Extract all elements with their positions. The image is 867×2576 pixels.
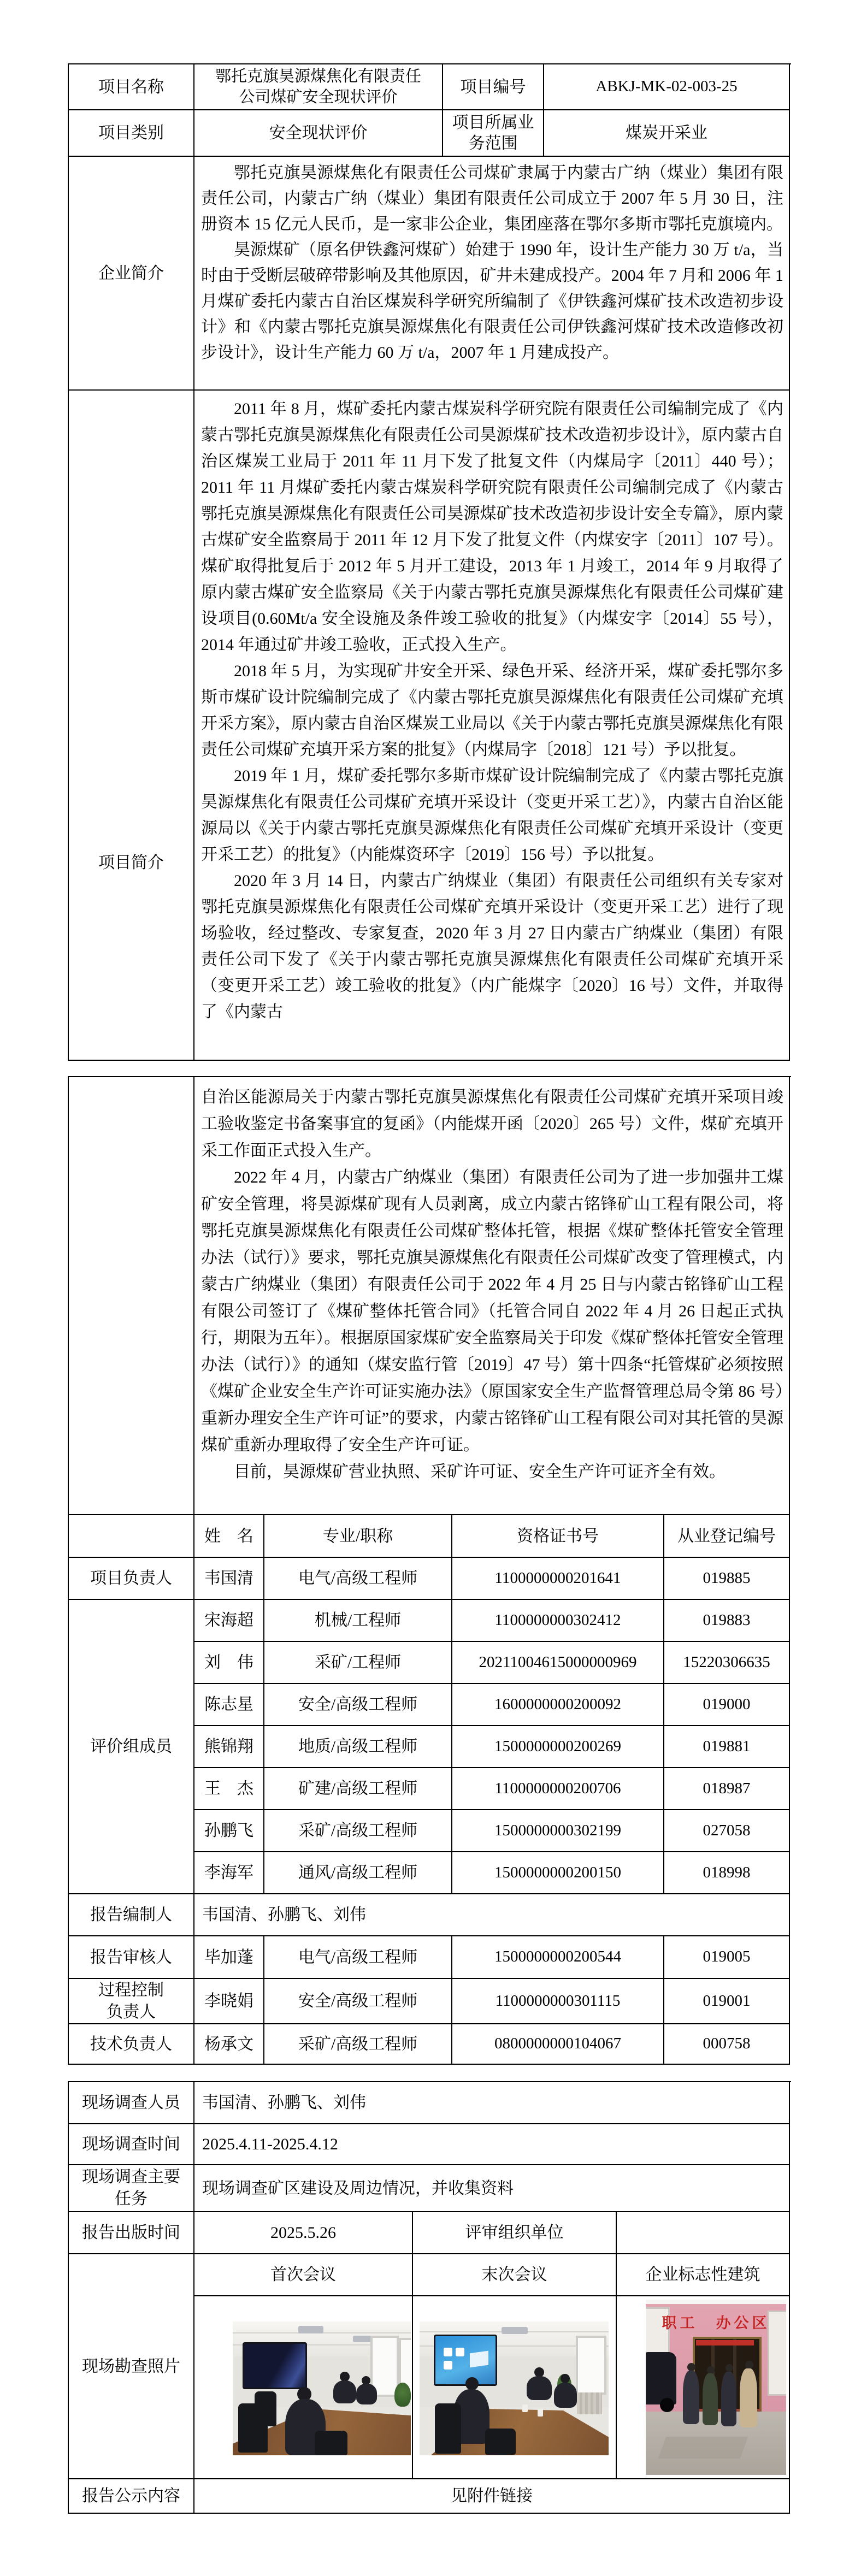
table-row: 企业简介 鄂托克旗昊源煤焦化有限责任公司煤矿隶属于内蒙古广纳（煤业）集团有限责任…	[69, 157, 791, 391]
slide-page	[470, 2351, 488, 2368]
person-silhouette	[333, 2380, 356, 2403]
person-title: 采矿/高级工程师	[264, 1810, 452, 1852]
project-category-value: 安全现状评价	[194, 110, 443, 157]
project-info-table-page1: 项目名称 鄂托克旗昊源煤焦化有限责任公司煤矿安全现状评价 项目编号 ABKJ-M…	[68, 63, 791, 1061]
survey-staff-value: 韦国清、孙鹏飞、刘伟	[194, 2082, 790, 2124]
cup	[522, 2404, 528, 2412]
person-cert: 1500000000200150	[452, 1852, 664, 1894]
person-cert: 1100000000201641	[452, 1558, 664, 1600]
project-name-label: 项目名称	[69, 64, 194, 110]
header-title: 专业/职称	[264, 1515, 452, 1558]
team-member-row: 李海军 通风/高级工程师 1500000000200150 018998	[194, 1852, 790, 1894]
person-reg: 019885	[664, 1558, 790, 1600]
company-profile-text: 鄂托克旗昊源煤焦化有限责任公司煤矿隶属于内蒙古广纳（煤业）集团有限责任公司，内蒙…	[194, 157, 790, 391]
slide-icon	[444, 2348, 452, 2356]
project-info-table-page2: 自治区能源局关于内蒙古鄂托克旗昊源煤焦化有限责任公司煤矿充填开采项目竣工验收鉴定…	[68, 1076, 791, 2065]
person-name: 毕加蓬	[194, 1936, 264, 1979]
header-reg: 从业登记编号	[664, 1515, 790, 1558]
process-control-row: 过程控制负责人 李晓娟 安全/高级工程师 1100000000301115 01…	[69, 1979, 791, 2024]
last-meeting-photo	[420, 2321, 609, 2455]
report-reviewer-label: 报告审核人	[69, 1936, 194, 1979]
report-writers-row: 报告编制人 韦国清、孙鹏飞、刘伟	[69, 1894, 791, 1936]
photo-caption-last-meeting: 末次会议	[413, 2254, 617, 2296]
team-member-row: 孙鹏飞 采矿/高级工程师 1500000000302199 027058	[194, 1810, 790, 1852]
person-cert: 1500000000200269	[452, 1726, 664, 1768]
photo-caption-row: 首次会议 末次会议 企业标志性建筑	[194, 2254, 790, 2296]
person-reg: 018998	[664, 1852, 790, 1894]
survey-task-row: 现场调查主要任务 现场调查矿区建设及周边情况，并收集资料	[69, 2165, 791, 2212]
person-reg: 019883	[664, 1600, 790, 1642]
ceiling-light	[502, 2327, 528, 2334]
photo-cell: 职工 办公区	[617, 2296, 790, 2479]
empty-header-cell	[69, 1515, 194, 1558]
publish-time-label: 报告出版时间	[69, 2212, 194, 2254]
empty-label-cell	[69, 1077, 194, 1515]
review-org-value	[617, 2212, 790, 2254]
window	[576, 2336, 606, 2395]
team-member-row: 熊锦翔 地质/高级工程师 1500000000200269 019881	[194, 1726, 790, 1768]
survey-time-label: 现场调查时间	[69, 2124, 194, 2165]
document-page: 项目名称 鄂托克旗昊源煤焦化有限责任公司煤矿安全现状评价 项目编号 ABKJ-M…	[0, 0, 867, 2576]
tech-lead-row: 技术负责人 杨承文 采矿/高级工程师 0800000000104067 0007…	[69, 2024, 791, 2065]
building-sign-text: 职工 办公区	[646, 2314, 786, 2333]
team-member-row: 王 杰 矿建/高级工程师 1100000000200706 018987	[194, 1768, 790, 1810]
project-profile-text-page1: 2011 年 8 月，煤矿委托内蒙古煤炭科学研究院有限责任公司编制完成了《内蒙古…	[194, 391, 790, 1061]
person-name: 宋海超	[194, 1600, 264, 1642]
person-title: 地质/高级工程师	[264, 1726, 452, 1768]
person-reg: 019000	[664, 1684, 790, 1726]
person-name: 孙鹏飞	[194, 1810, 264, 1852]
tv-screen-map	[243, 2342, 307, 2389]
survey-task-value: 现场调查矿区建设及周边情况，并收集资料	[194, 2165, 790, 2212]
photo-cell	[194, 2296, 413, 2479]
person-title: 采矿/高级工程师	[264, 2024, 452, 2065]
chair	[435, 2403, 461, 2454]
project-leader-label: 项目负责人	[69, 1558, 194, 1600]
survey-staff-label: 现场调查人员	[69, 2082, 194, 2124]
person-name: 王 杰	[194, 1768, 264, 1810]
chair	[255, 2391, 276, 2426]
person-reg: 019005	[664, 1936, 790, 1979]
report-writers-value: 韦国清、孙鹏飞、刘伟	[194, 1894, 790, 1936]
slide-icon	[456, 2348, 464, 2356]
person-silhouette	[554, 2383, 577, 2408]
table-row: 自治区能源局关于内蒙古鄂托克旗昊源煤焦化有限责任公司煤矿充填开采项目竣工验收鉴定…	[69, 1077, 791, 1515]
person-silhouette	[465, 2377, 479, 2390]
person-reg: 027058	[664, 1810, 790, 1852]
person-cert: 1500000000200544	[452, 1936, 664, 1979]
person-cert: 1100000000200706	[452, 1768, 664, 1810]
survey-table-page3: 现场调查人员 韦国清、孙鹏飞、刘伟 现场调查时间 2025.4.11-2025.…	[68, 2081, 791, 2514]
survey-staff-row: 现场调查人员 韦国清、孙鹏飞、刘伟	[69, 2082, 791, 2124]
person-reg: 018987	[664, 1768, 790, 1810]
chair	[315, 2431, 347, 2455]
person-reg: 15220306635	[664, 1642, 790, 1684]
person-name: 熊锦翔	[194, 1726, 264, 1768]
review-org-label: 评审组织单位	[413, 2212, 617, 2254]
photo-cell	[413, 2296, 617, 2479]
photo-caption-first-meeting: 首次会议	[194, 2254, 413, 2296]
table-row: 项目类别 安全现状评价 项目所属业务范围 煤炭开采业	[69, 110, 791, 157]
ceiling-light	[298, 2326, 323, 2333]
report-reviewer-row: 报告审核人 毕加蓬 电气/高级工程师 1500000000200544 0190…	[69, 1936, 791, 1979]
plant	[394, 2383, 411, 2407]
first-meeting-photo	[233, 2321, 411, 2455]
project-number-value: ABKJ-MK-02-003-25	[544, 64, 790, 110]
person-silhouette	[683, 2371, 699, 2424]
person-title: 电气/高级工程师	[264, 1558, 452, 1600]
ground-patch	[658, 2437, 748, 2459]
person-name: 韦国清	[194, 1558, 264, 1600]
personnel-header-row: 姓 名 专业/职称 资格证书号 从业登记编号	[69, 1515, 791, 1558]
person-silhouette	[740, 2368, 757, 2427]
person-cert: 20211004615000000969	[452, 1642, 664, 1684]
team-member-row: 刘 伟 采矿/工程师 20211004615000000969 15220306…	[194, 1642, 790, 1684]
table-row: 项目名称 鄂托克旗昊源煤焦化有限责任公司煤矿安全现状评价 项目编号 ABKJ-M…	[69, 64, 791, 110]
person-title: 机械/工程师	[264, 1600, 452, 1642]
business-scope-label: 项目所属业务范围	[443, 110, 544, 157]
person-name: 李海军	[194, 1852, 264, 1894]
site-photos-label: 现场勘查照片	[69, 2254, 194, 2479]
disclosure-row: 报告公示内容 见附件链接	[69, 2479, 791, 2514]
photo-caption-building: 企业标志性建筑	[617, 2254, 790, 2296]
person-cert: 1100000000301115	[452, 1979, 664, 2024]
person-title: 安全/高级工程师	[264, 1979, 452, 2024]
header-cert: 资格证书号	[452, 1515, 664, 1558]
project-profile-label: 项目简介	[69, 391, 194, 1061]
person-silhouette	[561, 2374, 570, 2383]
person-silhouette	[356, 2384, 377, 2404]
company-profile-label: 企业简介	[69, 157, 194, 391]
chair	[485, 2429, 516, 2455]
person-cert: 1600000000200092	[452, 1684, 664, 1726]
company-building-photo: 职工 办公区	[646, 2300, 786, 2475]
person-reg: 019881	[664, 1726, 790, 1768]
person-title: 矿建/高级工程师	[264, 1768, 452, 1810]
person-title: 电气/高级工程师	[264, 1936, 452, 1979]
team-member-row: 宋海超 机械/工程师 1100000000302412 019883	[194, 1600, 790, 1642]
person-silhouette	[707, 2366, 715, 2374]
photo-image-row: 职工 办公区	[194, 2296, 790, 2479]
site-photos-grid: 首次会议 末次会议 企业标志性建筑	[194, 2254, 790, 2479]
disclosure-value: 见附件链接	[194, 2479, 790, 2514]
survey-task-label: 现场调查主要任务	[69, 2165, 194, 2212]
report-writers-label: 报告编制人	[69, 1894, 194, 1936]
table-row: 项目简介 2011 年 8 月，煤矿委托内蒙古煤炭科学研究院有限责任公司编制完成…	[69, 391, 791, 1061]
person-title: 安全/高级工程师	[264, 1684, 452, 1726]
project-leader-row: 项目负责人 韦国清 电气/高级工程师 1100000000201641 0198…	[69, 1558, 791, 1600]
project-name-value: 鄂托克旗昊源煤焦化有限责任公司煤矿安全现状评价	[194, 64, 443, 110]
person-name: 李晓娟	[194, 1979, 264, 2024]
project-number-label: 项目编号	[443, 64, 544, 110]
person-name: 陈志星	[194, 1684, 264, 1726]
person-name: 刘 伟	[194, 1642, 264, 1684]
disclosure-label: 报告公示内容	[69, 2479, 194, 2514]
publish-time-value: 2025.5.26	[194, 2212, 413, 2254]
team-member-row: 陈志星 安全/高级工程师 1600000000200092 019000	[194, 1684, 790, 1726]
person-reg: 000758	[664, 2024, 790, 2065]
slide-icon	[444, 2361, 452, 2370]
red-banner	[696, 2340, 754, 2345]
person-reg: 019001	[664, 1979, 790, 2024]
evaluation-team-rows: 宋海超 机械/工程师 1100000000302412 019883 刘 伟 采…	[194, 1600, 790, 1894]
business-scope-value: 煤炭开采业	[544, 110, 790, 157]
evaluation-team-label: 评价组成员	[69, 1600, 194, 1894]
person-cert: 0800000000104067	[452, 2024, 664, 2065]
person-title: 采矿/工程师	[264, 1642, 452, 1684]
person-title: 通风/高级工程师	[264, 1852, 452, 1894]
person-silhouette	[745, 2361, 753, 2369]
project-profile-text-page2: 自治区能源局关于内蒙古鄂托克旗昊源煤焦化有限责任公司煤矿充填开采项目竣工验收鉴定…	[194, 1077, 790, 1515]
evaluation-team-block: 评价组成员 宋海超 机械/工程师 1100000000302412 019883…	[69, 1600, 791, 1894]
project-category-label: 项目类别	[69, 110, 194, 157]
suv-car	[646, 2352, 676, 2404]
cup	[538, 2409, 543, 2417]
person-silhouette	[687, 2363, 695, 2371]
person-silhouette	[703, 2373, 718, 2425]
process-control-label: 过程控制负责人	[69, 1979, 194, 2024]
survey-time-value: 2025.4.11-2025.4.12	[194, 2124, 790, 2165]
car-wheel	[660, 2398, 674, 2412]
site-photos-block: 现场勘查照片 首次会议 末次会议 企业标志性建筑	[69, 2254, 791, 2479]
tech-lead-label: 技术负责人	[69, 2024, 194, 2065]
person-cert: 1100000000302412	[452, 1600, 664, 1642]
person-name: 杨承文	[194, 2024, 264, 2065]
person-silhouette	[721, 2372, 736, 2426]
person-silhouette	[726, 2364, 733, 2372]
survey-time-row: 现场调查时间 2025.4.11-2025.4.12	[69, 2124, 791, 2165]
header-name: 姓 名	[194, 1515, 264, 1558]
radiator	[577, 2392, 602, 2414]
person-silhouette	[527, 2376, 552, 2400]
publish-time-row: 报告出版时间 2025.5.26 评审组织单位	[69, 2212, 791, 2254]
person-cert: 1500000000302199	[452, 1810, 664, 1852]
